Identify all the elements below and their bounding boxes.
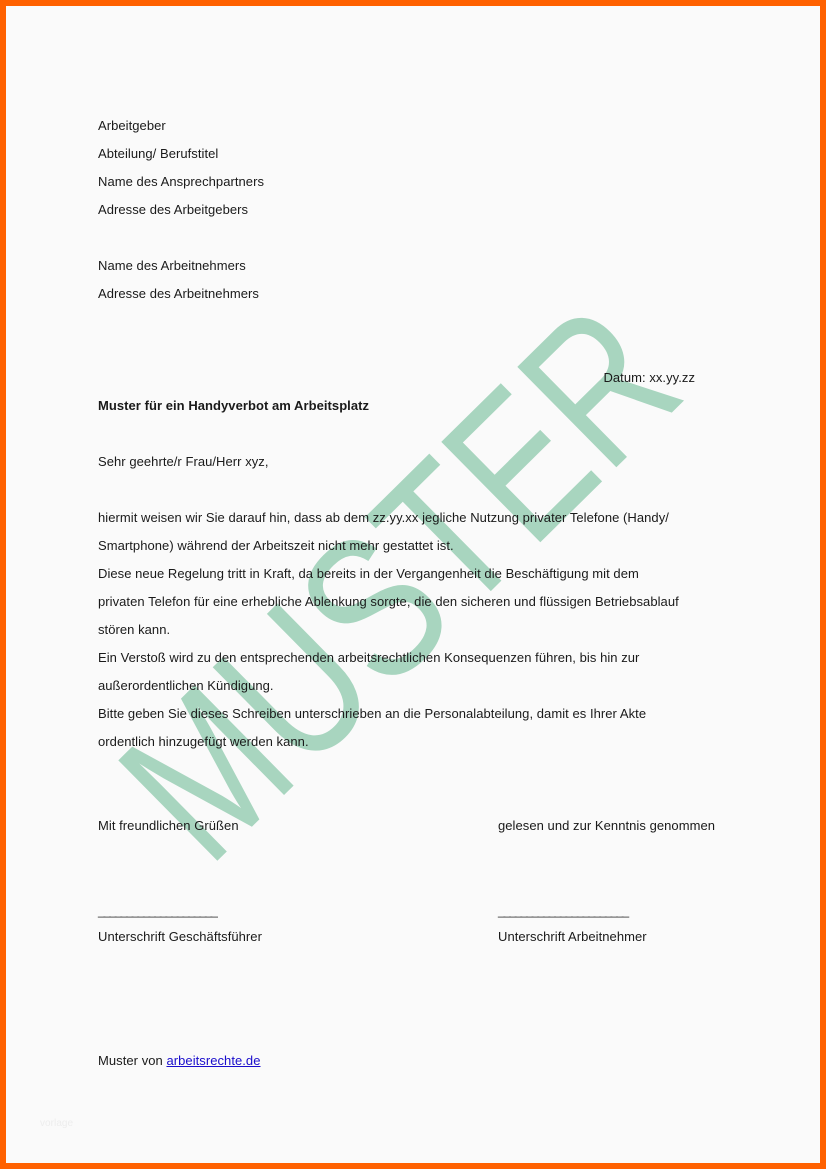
recipient-address: Adresse des Arbeitnehmers (98, 285, 259, 303)
footer-prefix: Muster von (98, 1053, 166, 1068)
arbeitsrechte-link[interactable]: arbeitsrechte.de (166, 1053, 260, 1068)
body-line: stören kann. (98, 621, 170, 639)
salutation: Sehr geehrte/r Frau/Herr xyz, (98, 453, 269, 471)
subject-line: Muster für ein Handyverbot am Arbeitspla… (98, 397, 369, 415)
body-line: außerordentlichen Kündigung. (98, 677, 274, 695)
body-line: Smartphone) während der Arbeitszeit nich… (98, 537, 454, 555)
signature-line-employee: _______________________ (498, 902, 628, 920)
sender-department: Abteilung/ Berufstitel (98, 145, 218, 163)
signature-label-manager: Unterschrift Geschäftsführer (98, 928, 262, 946)
body-line: hiermit weisen wir Sie darauf hin, dass … (98, 509, 669, 527)
body-line: privaten Telefon für eine erhebliche Abl… (98, 593, 679, 611)
closing-greeting: Mit freundlichen Grüßen (98, 817, 239, 835)
letter-page: Arbeitgeber Abteilung/ Berufstitel Name … (0, 0, 826, 1169)
sender-address: Adresse des Arbeitgebers (98, 201, 248, 219)
sender-employer: Arbeitgeber (98, 117, 166, 135)
body-line: Ein Verstoß wird zu den entsprechenden a… (98, 649, 639, 667)
recipient-name: Name des Arbeitnehmers (98, 257, 246, 275)
body-line: Diese neue Regelung tritt in Kraft, da b… (98, 565, 639, 583)
date-line: Datum: xx.yy.zz (603, 369, 695, 387)
body-line: ordentlich hinzugefügt werden kann. (98, 733, 309, 751)
body-line: Bitte geben Sie dieses Schreiben untersc… (98, 705, 646, 723)
signature-line-manager: _____________________ (98, 902, 216, 920)
faint-vorlage-mark: vorlage (40, 1115, 73, 1133)
signature-label-employee: Unterschrift Arbeitnehmer (498, 928, 647, 946)
acknowledgement-note: gelesen und zur Kenntnis genommen (498, 817, 715, 835)
sender-contact-name: Name des Ansprechpartners (98, 173, 264, 191)
footer-source: Muster von arbeitsrechte.de (98, 1052, 261, 1070)
